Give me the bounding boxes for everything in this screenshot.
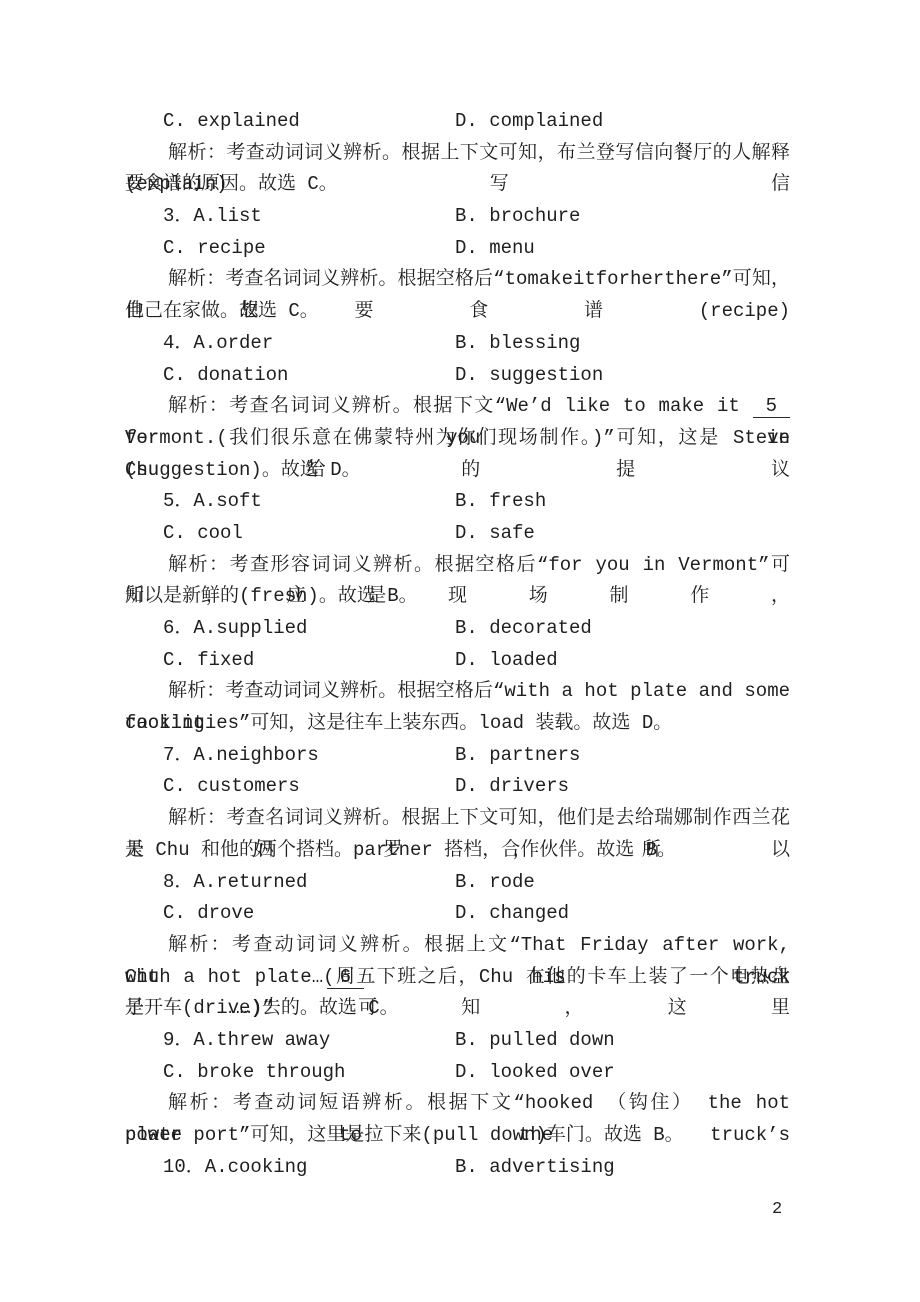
page-number: 2 [772, 1199, 782, 1221]
option-cell-right: B. decorated [455, 613, 790, 645]
option-row: 4．A.order B. blessing [125, 328, 790, 360]
option-cell-right: D. menu [455, 233, 790, 265]
option-row: 6．A.supplied B. decorated [125, 613, 790, 645]
option-row: 10．A.cooking B. advertising [125, 1152, 790, 1184]
option-row: 8．A.returned B. rode [125, 867, 790, 899]
explanation-line: 解析：考查名词词义辨析。根据上下文可知，他们是去给瑞娜制作西兰花天妇罗，所以 [125, 803, 790, 835]
option-row: C. fixed D. loaded [125, 645, 790, 677]
option-cell-left: C. fixed [125, 645, 455, 677]
option-cell-right: B. blessing [455, 328, 790, 360]
option-cell-left: C. cool [125, 518, 455, 550]
option-cell-right: D. loaded [455, 645, 790, 677]
option-cell-left: 9．A.threw away [125, 1025, 455, 1057]
option-cell-left: 8．A.returned [125, 867, 455, 899]
option-cell-right: D. looked over [455, 1057, 790, 1089]
option-cell-left: C. drove [125, 898, 455, 930]
explanation-line: 解析：考查形容词词义辨析。根据空格后“for you in Vermont”可知… [125, 550, 790, 582]
answer-blank: 5 [753, 395, 790, 418]
option-cell-right: D. suggestion [455, 360, 790, 392]
option-cell-right: B. rode [455, 867, 790, 899]
option-cell-left: C. explained [125, 106, 455, 138]
option-row: C. drove D. changed [125, 898, 790, 930]
document-page: C. explained D. complained 解析：考查动词词义辨析。根… [0, 0, 920, 1183]
explanation-line-with-blank: 解析：考查名词词义辨析。根据下文“We’d like to make it 5 … [125, 391, 790, 423]
option-cell-left: 3．A.list [125, 201, 455, 233]
option-cell-right: B. advertising [455, 1152, 790, 1184]
explanation-line-with-blank: 解析：考查动词词义辨析。根据上文“That Friday after work,… [125, 930, 790, 962]
explanation-line: 解析：考查名词词义辨析。根据空格后“tomakeitforherthere”可知… [125, 264, 790, 296]
option-row: C. donation D. suggestion [125, 360, 790, 392]
option-row: C. cool D. safe [125, 518, 790, 550]
option-cell-right: D. safe [455, 518, 790, 550]
option-row: 5．A.soft B. fresh [125, 486, 790, 518]
option-cell-left: 4．A.order [125, 328, 455, 360]
option-row: 7．A.neighbors B. partners [125, 740, 790, 772]
option-cell-right: D. complained [455, 106, 790, 138]
explanation-line: 解析：考查动词短语辨析。根据下文“hooked （钩住） the hot pla… [125, 1088, 790, 1120]
option-cell-right: B. brochure [455, 201, 790, 233]
option-cell-left: C. broke through [125, 1057, 455, 1089]
option-cell-left: 7．A.neighbors [125, 740, 455, 772]
option-cell-left: 10．A.cooking [125, 1152, 455, 1184]
option-row: C. explained D. complained [125, 106, 790, 138]
explanation-line: Vermont.(我们很乐意在佛蒙特州为你们现场制作。)”可知，这是 Steve… [125, 423, 790, 455]
option-cell-right: B. partners [455, 740, 790, 772]
option-row: C. broke through D. looked over [125, 1057, 790, 1089]
option-row: 9．A.threw away B. pulled down [125, 1025, 790, 1057]
option-cell-right: D. drivers [455, 771, 790, 803]
explanation-line: with a hot plate…(周五下班之后，Chu 在他的卡车上装了一个电… [125, 962, 790, 994]
option-cell-right: B. pulled down [455, 1025, 790, 1057]
option-row: C. customers D. drivers [125, 771, 790, 803]
explanation-text: 解析：考查名词词义辨析。根据下文“We’d like to make it [168, 395, 753, 417]
explanation-line: 解析：考查动词词义辨析。根据空格后“with a hot plate and s… [125, 676, 790, 708]
option-row: C. recipe D. menu [125, 233, 790, 265]
option-cell-left: C. recipe [125, 233, 455, 265]
option-cell-left: 5．A.soft [125, 486, 455, 518]
option-cell-left: C. donation [125, 360, 455, 392]
explanation-line: 解析：考查动词词义辨析。根据上下文可知，布兰登写信向餐厅的人解释(explain… [125, 138, 790, 170]
option-cell-right: D. changed [455, 898, 790, 930]
option-cell-left: 6．A.supplied [125, 613, 455, 645]
option-row: 3．A.list B. brochure [125, 201, 790, 233]
explanation-line: facilities”可知，这是往车上装东西。load 装载。故选 D。 [125, 708, 790, 740]
option-cell-left: C. customers [125, 771, 455, 803]
option-cell-right: B. fresh [455, 486, 790, 518]
